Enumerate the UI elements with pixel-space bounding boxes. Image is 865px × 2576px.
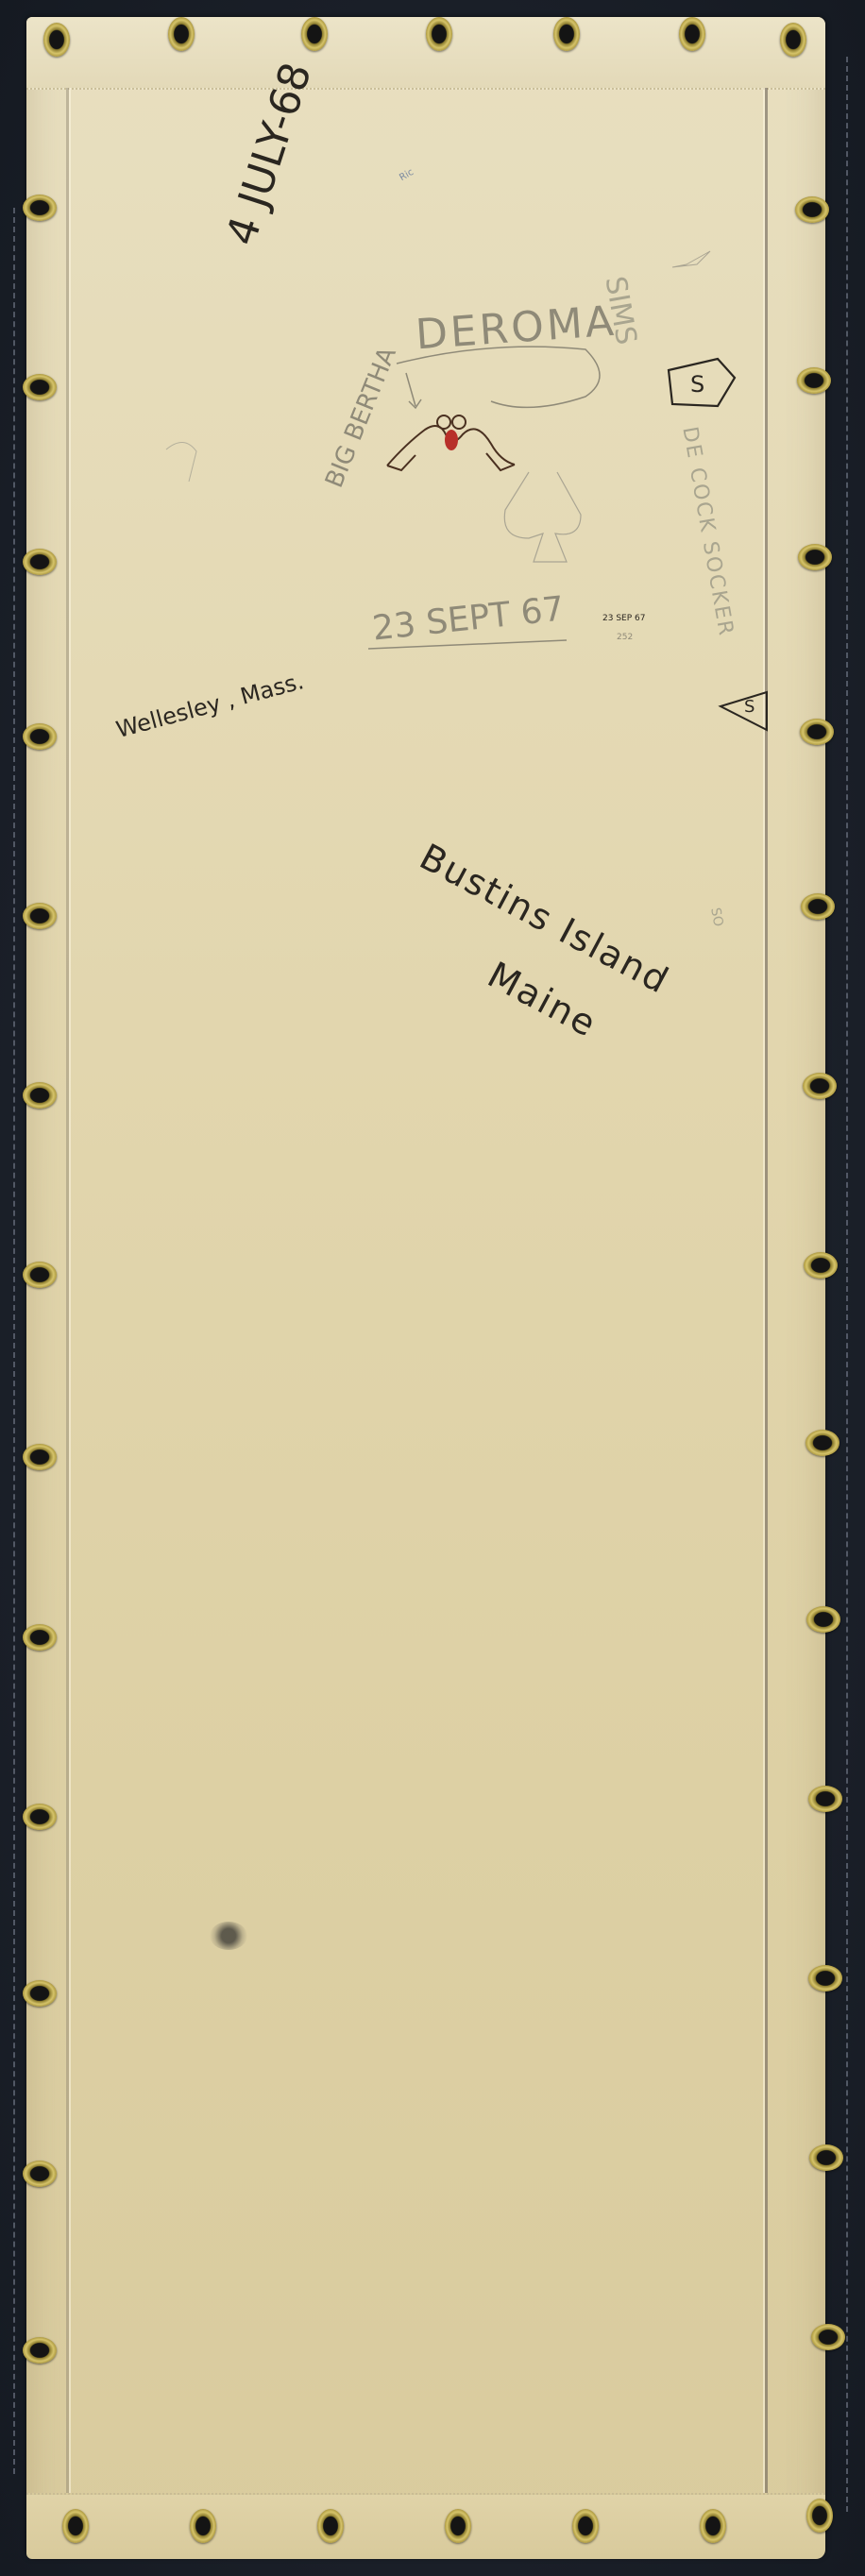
inscription-sept-date-small: 23 SEP 67 xyxy=(602,614,645,623)
inscription-small-number: 252 xyxy=(617,633,633,642)
red-accent xyxy=(445,430,458,450)
spade-icon xyxy=(504,472,581,562)
inscription-faint-right: SO xyxy=(707,907,725,927)
triangle-letter: S xyxy=(744,697,755,717)
ink-stain xyxy=(210,1922,247,1950)
pencil-sketches xyxy=(0,0,865,2576)
shield-letter: S xyxy=(690,371,704,398)
arrow-icon xyxy=(406,373,421,408)
